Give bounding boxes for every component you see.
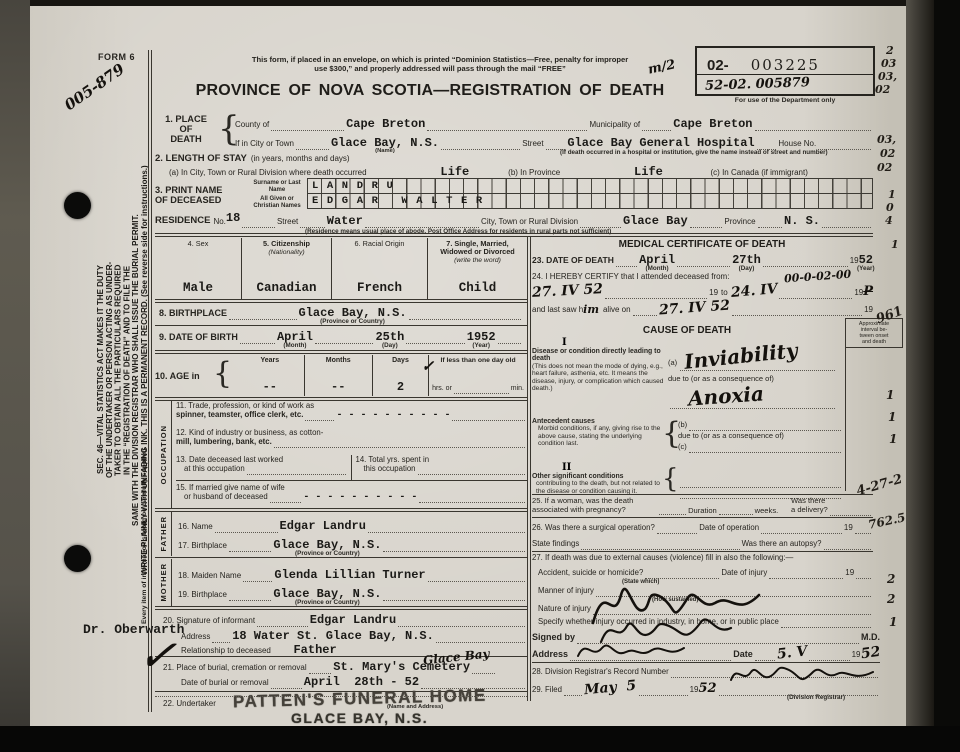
year-prefix: 19 <box>854 288 863 299</box>
residence-row: RESIDENCE No. 18 Street Water City, Town… <box>155 211 873 235</box>
filed-date-value: May 5 <box>584 678 637 698</box>
section-occupation: OCCUPATION 11. Trade, profession, or kin… <box>155 401 527 508</box>
field-label: 26. Was there a surgical operation? <box>532 523 655 534</box>
cause-of-death-header: CAUSE OF DEATH <box>532 325 842 336</box>
field-label: 19. Birthplace <box>178 590 227 601</box>
field-label: 13. Date deceased last worked <box>176 455 348 464</box>
brace-glyph: { <box>218 109 240 149</box>
form-title: PROVINCE OF NOVA SCOTIA—REGISTRATION OF … <box>160 82 700 100</box>
mailing-notice: This form, if placed in an envelope, on … <box>200 55 680 73</box>
racial-origin-value: French <box>357 281 402 295</box>
field-label: Days <box>373 357 428 364</box>
stay-province-value: Life <box>634 165 663 179</box>
rule <box>532 517 873 518</box>
handwritten-checkmark-large: ✓ <box>136 626 179 683</box>
surname-boxes: LANDRU <box>307 178 873 194</box>
undertaker-city-stamp: GLACE BAY, N.S. <box>291 710 428 726</box>
age-months-value: -- <box>305 380 372 394</box>
registration-number: 003225 <box>751 56 820 74</box>
field-label: weeks. <box>755 506 779 515</box>
residence-number-value: 18 <box>226 211 240 225</box>
attended-from-value: 27. IV 52 <box>532 281 604 301</box>
section-mother: MOTHER 18. Maiden Name Glenda Lillian Tu… <box>155 559 527 606</box>
field-note: Morbid conditions, if any, giving rise t… <box>532 425 668 447</box>
brace-glyph: { <box>662 416 681 451</box>
field-label: Manner of injury <box>538 586 594 597</box>
day-caption: (Day) <box>382 342 398 349</box>
margin-mark: 0 <box>886 201 894 214</box>
rule <box>155 233 873 237</box>
mother-group-label: MOTHER <box>159 563 168 602</box>
given-names-caption: All Given or Christian Names <box>249 196 305 209</box>
medical-certificate-header: MEDICAL CERTIFICATE OF DEATH <box>532 239 872 250</box>
field-label: 17. Birthplace <box>178 541 227 552</box>
section-burial: Glace Bay 21. Place of burial, cremation… <box>155 658 527 689</box>
year-caption: (Year) <box>857 265 875 272</box>
field-label: 10. AGE in <box>155 371 200 381</box>
residence-province-value: N. S. <box>784 214 820 228</box>
md-label: M.D. <box>861 632 880 644</box>
field-note: contributing to the death, but not relat… <box>532 480 668 495</box>
form-border <box>148 50 152 712</box>
margin-mark: 2 <box>886 44 894 57</box>
field-label: State findings <box>532 539 579 550</box>
scan-edge-right-black <box>934 0 960 752</box>
field-label: DEATH <box>155 134 217 144</box>
father-group-label: FATHER <box>159 516 168 551</box>
informant-address-value: 18 Water St. Glace Bay, N.S. <box>232 629 434 643</box>
field-label: associated with pregnancy? <box>532 505 657 514</box>
year-prefix: 19 <box>709 288 718 299</box>
field-label: 4. Sex <box>158 240 238 248</box>
section-demographics: 4. Sex Male 5. Citizenship (Nationality)… <box>155 238 527 299</box>
section-birthplace: 8. BIRTHPLACE Glace Bay, N.S. (Province … <box>155 303 527 320</box>
field-label: Street <box>522 139 543 150</box>
rule <box>155 350 527 354</box>
margin-mark: 02 <box>880 147 895 160</box>
spouse-value: - - - - - - - - - - <box>303 492 417 503</box>
field-label: 15. If married give name of wife <box>176 483 527 492</box>
roman-numeral: II <box>562 462 843 473</box>
brace-glyph: { <box>662 464 679 494</box>
section-father: FATHER 16. Name Edgar Landru 17. Birthpl… <box>155 512 527 556</box>
field-label: and last saw h <box>532 305 583 316</box>
interval-line: and death <box>846 339 902 345</box>
field-label: Date of burial or removal <box>181 678 269 689</box>
surname-caption: Surname or Last Name <box>249 180 305 193</box>
field-label: OF DECEASED <box>155 195 247 205</box>
field-sublabel: (write the word) <box>454 257 501 264</box>
field-label: 23. DATE OF DEATH <box>532 255 614 267</box>
scan-edge-bottom <box>0 726 960 752</box>
roman-numeral: I <box>562 337 843 348</box>
province-caption: (Province or Country) <box>295 550 360 557</box>
mother-maiden-name-value: Glenda Lillian Turner <box>274 568 425 582</box>
marital-status-value: Child <box>459 281 497 295</box>
field-label: Municipality of <box>589 120 640 131</box>
field-label: a delivery? <box>791 505 828 516</box>
field-label: Months <box>305 357 372 364</box>
field-label: spinner, teamster, office clerk, etc. <box>176 410 303 421</box>
month-caption: (Month) <box>283 342 306 349</box>
interval-column-rule <box>845 348 846 491</box>
citizenship-value: Canadian <box>256 281 316 295</box>
field-label: alive on <box>603 305 631 316</box>
attended-to-value: 24. IV <box>730 281 778 301</box>
margin-mark: 03 <box>881 57 896 70</box>
field-label: mill, lumbering, bank, etc. <box>176 437 272 448</box>
surname-value: LANDRU <box>312 180 401 192</box>
section-place-of-death: 1. PLACE OF DEATH { County of Cape Breto… <box>155 112 873 156</box>
section-date-of-death: 23. DATE OF DEATH April (Month) 27th (Da… <box>532 251 873 267</box>
interval-box: Approximate interval be- tween onset and… <box>845 318 903 348</box>
province-caption: (Province or Country) <box>320 318 385 325</box>
margin-mark: 2 <box>887 592 895 606</box>
rule <box>155 557 527 558</box>
margin-mark: 02 <box>877 161 892 174</box>
margin-mark: 03, <box>877 133 896 146</box>
year-prefix: 19 <box>844 523 853 534</box>
cause-antecedent: Antecedent causes Morbid conditions, if … <box>532 418 843 453</box>
field-label: Street <box>277 217 298 228</box>
field-label: 27. If death was due to external causes … <box>532 553 873 562</box>
field-label: Other significant conditions <box>532 473 668 480</box>
residence-street-value: Water <box>327 214 363 228</box>
field-label: hrs. or <box>432 385 452 394</box>
stay-city-value: Life <box>440 165 469 179</box>
physician-address-scrawl <box>574 636 689 662</box>
field-label: Address <box>532 649 568 661</box>
given-names-value: EDGAR WALTER <box>312 195 491 207</box>
margin-mark: 02 <box>875 83 890 96</box>
section-operation: 26. Was there a surgical operation? Date… <box>532 519 873 550</box>
field-label: this occupation <box>364 464 416 475</box>
municipality-value: Cape Breton <box>673 117 752 131</box>
scanned-death-registration-form: FORM 6 005-879 SEC. 46—VITAL STATISTICS … <box>0 0 960 752</box>
margin-mark: 1 <box>889 432 897 446</box>
scan-edge-right <box>906 0 936 728</box>
field-label: If less than one day old <box>432 357 524 364</box>
age-days-value: 2 <box>373 380 428 394</box>
field-label: due to (or as a consequence of) <box>678 431 843 440</box>
field-note: (This does not mean the mode of dying, e… <box>532 363 668 393</box>
occupation-group-label: OCCUPATION <box>159 425 168 484</box>
rule <box>532 551 873 552</box>
field-label: 9. DATE OF BIRTH <box>159 332 238 344</box>
department-box-caption: For use of the Department only <box>695 97 875 104</box>
informant-signature-value: Edgar Landru <box>310 613 396 627</box>
cause-part-one: I Disease or condition directly leading … <box>532 337 843 392</box>
field-label: 25. If a woman, was the death <box>532 496 657 505</box>
field-label: Years <box>236 357 303 364</box>
year-prefix: 19 <box>864 305 873 316</box>
day-caption: (Day) <box>739 265 755 272</box>
field-label: RESIDENCE <box>155 215 210 228</box>
sex-value: Male <box>183 281 213 295</box>
section-date-of-birth: 9. DATE OF BIRTH April (Month) 25th (Day… <box>155 328 527 344</box>
office-code: 02- <box>707 57 729 74</box>
field-label: 21. Place of burial, cremation or remova… <box>163 663 307 674</box>
field-label: Duration <box>688 506 717 515</box>
brace-glyph: { <box>213 355 232 396</box>
margin-mark: 1 <box>886 388 894 402</box>
field-label: 14. Total yrs. spent in <box>356 455 528 464</box>
province-caption: (Province or Country) <box>295 599 360 606</box>
margin-mark: 1 <box>889 615 897 629</box>
street-or-institution-value: Glace Bay General Hospital <box>567 136 754 150</box>
column-divider <box>527 236 531 701</box>
field-label: 2. LENGTH OF STAY <box>155 153 247 164</box>
field-label: Widowed or Divorced <box>440 247 515 256</box>
field-label: 11. Trade, profession, or kind of work a… <box>176 401 527 410</box>
section-signed: Signed by M.D. Address Date 5. V 19 52 <box>532 628 880 661</box>
filed-year-value: 52 <box>698 681 716 696</box>
field-label: Nature of injury <box>538 604 591 615</box>
field-label: Was there an autopsy? <box>742 539 822 550</box>
field-label: Antecedent causes <box>532 418 668 425</box>
margin-mark: 1 <box>891 238 899 251</box>
margin-mark: 4 <box>885 214 893 227</box>
field-label: 12. Kind of industry or business, as cot… <box>176 428 527 437</box>
informant-relationship-value: Father <box>293 643 336 657</box>
margin-mark: 1 <box>888 410 896 424</box>
last-seen-alive-value: 27. IV 52 <box>658 298 730 319</box>
field-label: or husband of deceased <box>184 492 268 503</box>
field-label: (a) <box>668 358 677 367</box>
field-sublabel: (Nationality) <box>268 249 304 256</box>
field-label: 16. Name <box>178 522 213 533</box>
field-label: 22. Undertaker <box>163 699 216 708</box>
rule <box>532 494 873 495</box>
field-label: Date of operation <box>699 523 759 534</box>
division-registrar-signature-scrawl <box>727 658 877 688</box>
field-label: 29. Filed <box>532 685 562 696</box>
field-label: Address <box>181 632 210 643</box>
section-age: 10. AGE in { Years -- Months -- Days 2 ✓… <box>155 355 527 396</box>
scan-edge-left <box>0 0 30 728</box>
section-length-of-stay: 2. LENGTH OF STAY (in years, months and … <box>155 153 873 179</box>
punch-hole <box>64 192 91 219</box>
field-sublabel: (in years, months and days) <box>251 154 350 163</box>
handwritten-checkmark: ✓ <box>421 357 434 375</box>
handwritten-mark: P <box>863 284 873 299</box>
field-label: 5. Citizenship <box>263 239 310 248</box>
county-value: Cape Breton <box>346 117 425 131</box>
field-label: min. <box>511 385 524 394</box>
section-certify: 24. I HEREBY CERTIFY that I attended dec… <box>532 272 873 316</box>
handwritten-registration-number: 52-02. 005879 <box>697 72 873 95</box>
age-years-value: -- <box>236 380 303 394</box>
field-label: County of <box>235 120 269 131</box>
occupation-value: - - - - - - - - - - <box>336 410 450 421</box>
section-undertaker: 22. Undertaker PATTEN'S FUNERAL HOME (Na… <box>155 693 527 729</box>
section-pregnancy: 25. If a woman, was the death associated… <box>532 496 873 516</box>
year-caption: (Year) <box>472 342 490 349</box>
section-registrar: 28. Division Registrar's Record Number 2… <box>532 664 880 701</box>
field-label: Disease or condition directly leading to… <box>532 348 668 363</box>
department-number-box: 02- 003225 52-02. 005879 <box>695 46 875 96</box>
given-names-boxes: EDGAR WALTER <box>307 193 873 209</box>
year-prefix: 19 <box>845 568 854 579</box>
margin-mark: 2 <box>887 572 895 586</box>
father-name-value: Edgar Landru <box>280 519 366 533</box>
field-label: City, Town or Rural Division <box>481 217 578 228</box>
year-prefix: 19 <box>690 685 699 696</box>
field-label: 3. PRINT NAME <box>155 185 247 195</box>
field-label: OF <box>155 124 217 134</box>
field-label: 6. Racial Origin <box>335 240 424 248</box>
residence-city-value: Glace Bay <box>623 214 688 228</box>
field-label: Province <box>724 217 755 228</box>
field-label: No. <box>213 217 225 228</box>
handwritten-pronoun: im <box>583 303 599 316</box>
field-label: Signed by <box>532 632 575 644</box>
rule <box>155 325 527 326</box>
margin-mark: 03, <box>878 70 897 83</box>
field-label: 8. BIRTHPLACE <box>159 308 227 320</box>
field-label: 28. Division Registrar's Record Number <box>532 667 669 678</box>
month-caption: (Month) <box>646 265 669 272</box>
field-label: 1. PLACE <box>155 114 217 124</box>
field-label: at this occupation <box>184 464 245 475</box>
field-label: 18. Maiden Name <box>178 571 241 582</box>
punch-hole <box>64 545 91 572</box>
field-label: If in City or Town <box>235 139 294 150</box>
margin-mark: 1 <box>888 188 896 201</box>
